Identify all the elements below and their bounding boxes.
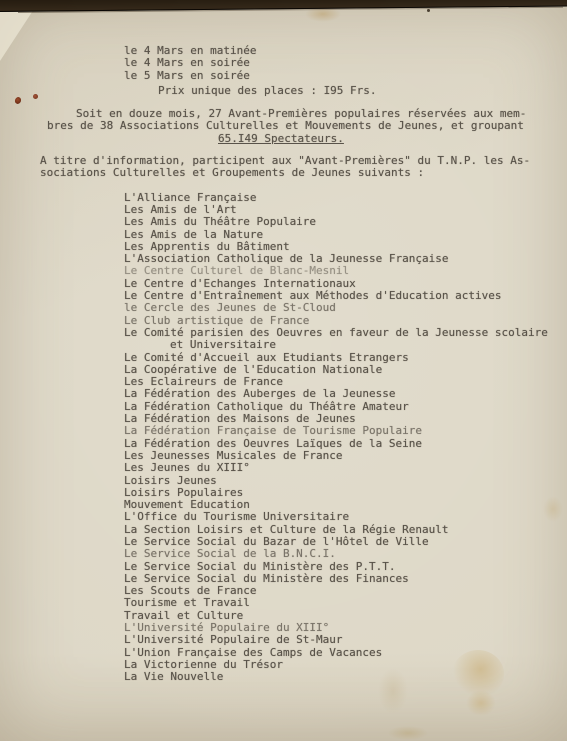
ink-speck [427, 9, 430, 12]
association-line: La Fédération des Auberges de la Jeuness… [40, 388, 553, 400]
association-line: Les Amis de la Nature [40, 229, 553, 241]
page-corner [0, 9, 34, 61]
association-line: L'Office du Tourisme Universitaire [40, 511, 553, 523]
association-line: Les Scouts de France [40, 585, 553, 597]
price-line: Prix unique des places : I95 Frs. [40, 85, 553, 97]
association-line: Le Comité d'Accueil aux Etudiants Etrang… [40, 352, 553, 364]
association-line: L'Université Populaire du XIII° [40, 622, 553, 634]
ink-speck [33, 94, 38, 99]
association-line-continuation: et Universitaire [40, 339, 553, 351]
torn-edge-label: data annexe [10, 0, 103, 2]
association-line: Le Centre Culturel de Blanc-Mesnil [40, 265, 553, 277]
association-line: Le Club artistique de France [40, 315, 553, 327]
association-line: L'Union Française des Camps de Vacances [40, 647, 553, 659]
association-line: La Fédération Française de Tourisme Popu… [40, 425, 553, 437]
association-line: Tourisme et Travail [40, 597, 553, 609]
association-line: Les Jeunes du XIII° [40, 462, 553, 474]
ink-speck [14, 96, 22, 105]
typewritten-text: le 4 Mars en matinée le 4 Mars en soirée… [40, 45, 553, 684]
association-line: Le Service Social du Ministère des Finan… [40, 573, 553, 585]
association-line: Les Jeunesses Musicales de France [40, 450, 553, 462]
associations-list: L'Alliance Française Les Amis de l'Art L… [40, 192, 553, 684]
association-line: Loisirs Populaires [40, 487, 553, 499]
association-line: La Coopérative de l'Education Nationale [40, 364, 553, 376]
summary-spectators-total: 65.I49 Spectateurs. [40, 133, 553, 145]
schedule-line: le 4 Mars en matinée [40, 45, 553, 57]
schedule-line: le 4 Mars en soirée [40, 57, 553, 69]
association-line: Loisirs Jeunes [40, 475, 553, 487]
association-line: le Cercle des Jeunes de St-Cloud [40, 302, 553, 314]
scanned-page: data annexe le 4 Mars en matinée le 4 Ma… [0, 0, 567, 741]
association-line: L'Alliance Française [40, 192, 553, 204]
association-line: La Victorienne du Trésor [40, 659, 553, 671]
intro-line: sociations Culturelles et Groupements de… [40, 167, 553, 179]
association-line: Le Comité parisien des Oeuvres en faveur… [40, 327, 553, 339]
association-line: L'Université Populaire de St-Maur [40, 634, 553, 646]
association-line: Les Amis du Théâtre Populaire [40, 216, 553, 228]
stain [466, 690, 496, 716]
association-line: La Vie Nouvelle [40, 671, 553, 683]
association-line: Le Service Social de la B.N.C.I. [40, 548, 553, 560]
stain [388, 726, 428, 740]
schedule-line: le 5 Mars en soirée [40, 70, 553, 82]
